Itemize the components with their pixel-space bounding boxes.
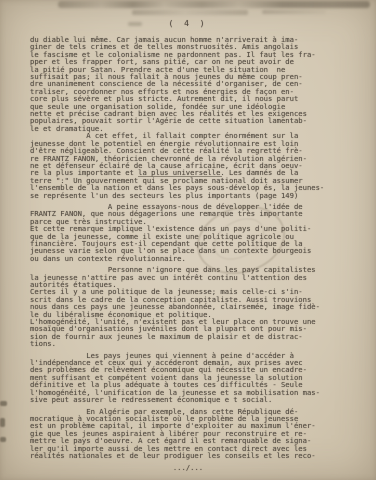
text-line: sive peut assurer le redressement économ… xyxy=(30,396,366,403)
paragraph: Les pays jeunes qui viennent à peine d'a… xyxy=(30,352,366,404)
continuation-mark: .../... xyxy=(0,463,376,472)
text-line: sion de fournir aux jeunes le maximum de… xyxy=(30,333,366,340)
text-line: ou dans un contexte révolutionnaire. xyxy=(30,255,366,262)
paragraph: A peine essayons-nous de développer l'id… xyxy=(30,203,366,262)
edge-ink-spot xyxy=(0,437,6,442)
document-page: ( 4 ) du diable lui même. Car jamais auc… xyxy=(0,0,376,480)
paragraph: A cet effet, il fallait compter énorméme… xyxy=(30,132,366,199)
ink-smudge-top xyxy=(132,10,248,15)
text-line: tions. xyxy=(30,340,366,347)
typewritten-text: du diable lui même. Car jamais aucun hom… xyxy=(30,36,366,459)
ink-smudge-top xyxy=(262,10,326,14)
ink-smudge-top xyxy=(58,1,370,8)
text-line: se représente l'un des secteurs les plus… xyxy=(30,192,366,199)
paragraph: du diable lui même. Car jamais aucun hom… xyxy=(30,36,366,132)
paragraph: Personne n'ignore que dans les pays capi… xyxy=(30,266,366,347)
text-line: réalités nationales et de leur prodiguer… xyxy=(30,452,366,459)
edge-ink-spot xyxy=(0,418,5,427)
paragraph: En Algérie par exemple, dans cette Répub… xyxy=(30,408,366,460)
page-number: ( 4 ) xyxy=(0,19,376,28)
edge-ink-spot xyxy=(0,401,7,406)
